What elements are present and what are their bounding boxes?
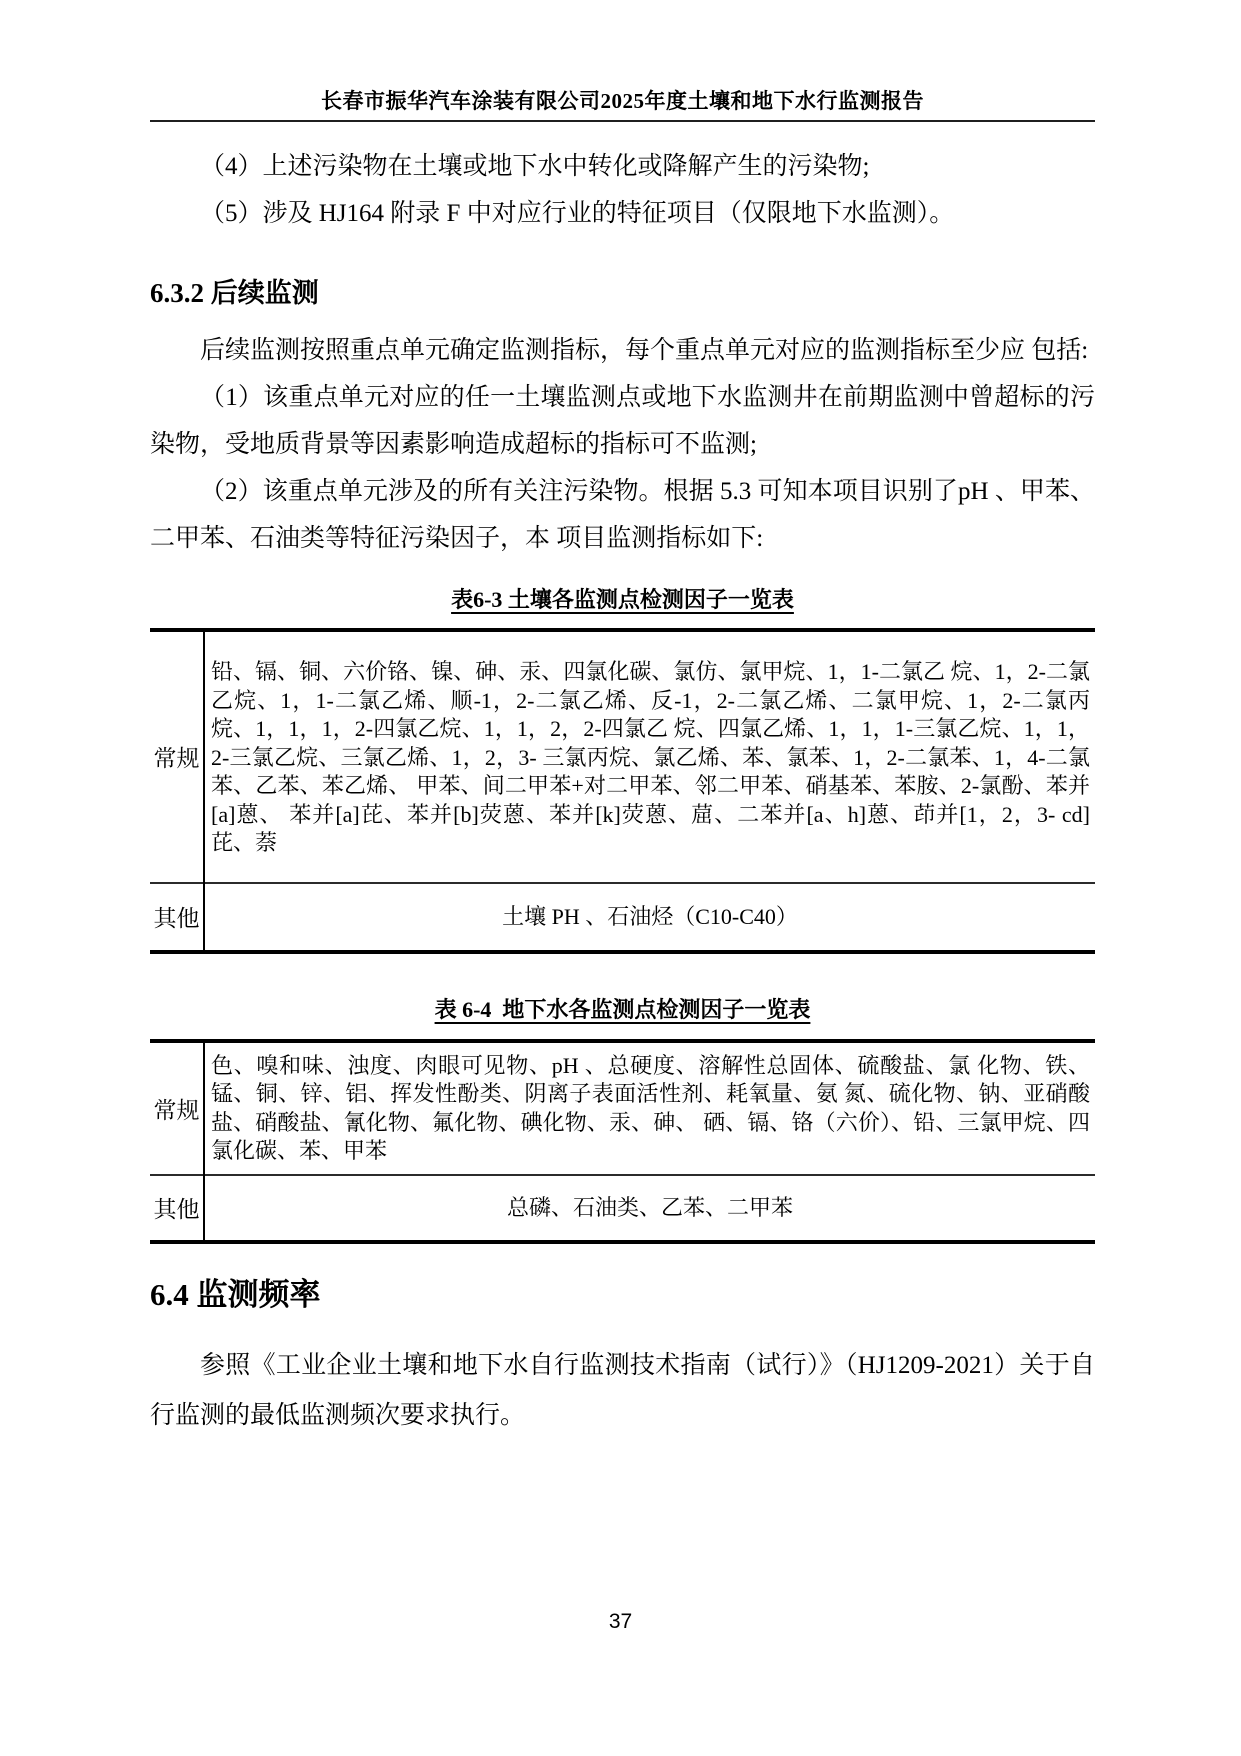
page-number: 37 <box>0 1610 1241 1634</box>
table-6-3-row-regular-value: 铅、镉、铜、六价铬、镍、砷、汞、四氯化碳、氯仿、氯甲烷、1，1-二氯乙 烷、1，… <box>204 630 1095 883</box>
running-head-title: 长春市振华汽车涂装有限公司2025年度土壤和地下水行监测报告 <box>150 88 1095 114</box>
section-heading-6-3-2: 6.3.2 后续监测 <box>150 275 1095 311</box>
table-row: 常规 铅、镉、铜、六价铬、镍、砷、汞、四氯化碳、氯仿、氯甲烷、1，1-二氯乙 烷… <box>150 630 1095 883</box>
paragraph-item-5: （5）涉及 HJ164 附录 F 中对应行业的特征项目（仅限地下水监测）。 <box>150 190 1095 237</box>
table-row: 常规 色、嗅和味、浊度、肉眼可见物、pH 、总硬度、溶解性总固体、硫酸盐、氯 化… <box>150 1041 1095 1175</box>
table-6-3-row-other-label: 其他 <box>150 883 204 952</box>
table-row: 其他 土壤 PH 、石油烃（C10-C40） <box>150 883 1095 952</box>
section-heading-6-4: 6.4 监测频率 <box>150 1274 1095 1316</box>
paragraph-632-intro: 后续监测按照重点单元确定监测指标，每个重点单元对应的监测指标至少应 包括: <box>150 327 1095 374</box>
paragraph-632-item-1: （1）该重点单元对应的任一土壤监测点或地下水监测井在前期监测中曾超标的污染物，受… <box>150 374 1095 468</box>
table-6-3-row-regular-label: 常规 <box>150 630 204 883</box>
table-6-4-row-regular-label: 常规 <box>150 1041 204 1175</box>
header-rule <box>150 120 1095 122</box>
paragraph-64-body: 参照《工业企业土壤和地下水自行监测技术指南（试行）》（HJ1209-2021）关… <box>150 1341 1095 1441</box>
table-6-3-title: 表6-3 土壤各监测点检测因子一览表 <box>150 586 1095 613</box>
page-header: 长春市振华汽车涂装有限公司2025年度土壤和地下水行监测报告 <box>150 0 1095 122</box>
table-6-4-row-regular-value: 色、嗅和味、浊度、肉眼可见物、pH 、总硬度、溶解性总固体、硫酸盐、氯 化物、铁… <box>204 1041 1095 1175</box>
table-row: 其他 总磷、石油类、乙苯、二甲苯 <box>150 1175 1095 1242</box>
document-page: 长春市振华汽车涂装有限公司2025年度土壤和地下水行监测报告 （4）上述污染物在… <box>0 0 1241 1756</box>
table-6-4-row-other-value: 总磷、石油类、乙苯、二甲苯 <box>204 1175 1095 1242</box>
table-6-4: 常规 色、嗅和味、浊度、肉眼可见物、pH 、总硬度、溶解性总固体、硫酸盐、氯 化… <box>150 1039 1095 1244</box>
table-6-3: 常规 铅、镉、铜、六价铬、镍、砷、汞、四氯化碳、氯仿、氯甲烷、1，1-二氯乙 烷… <box>150 628 1095 954</box>
table-6-4-title: 表 6-4 地下水各监测点检测因子一览表 <box>150 996 1095 1023</box>
paragraph-item-4: （4）上述污染物在土壤或地下水中转化或降解产生的污染物; <box>150 143 1095 190</box>
table-6-4-row-other-label: 其他 <box>150 1175 204 1242</box>
table-6-3-row-other-value: 土壤 PH 、石油烃（C10-C40） <box>204 883 1095 952</box>
paragraph-632-item-2: （2）该重点单元涉及的所有关注污染物。根据 5.3 可知本项目识别了pH 、甲苯… <box>150 468 1095 562</box>
